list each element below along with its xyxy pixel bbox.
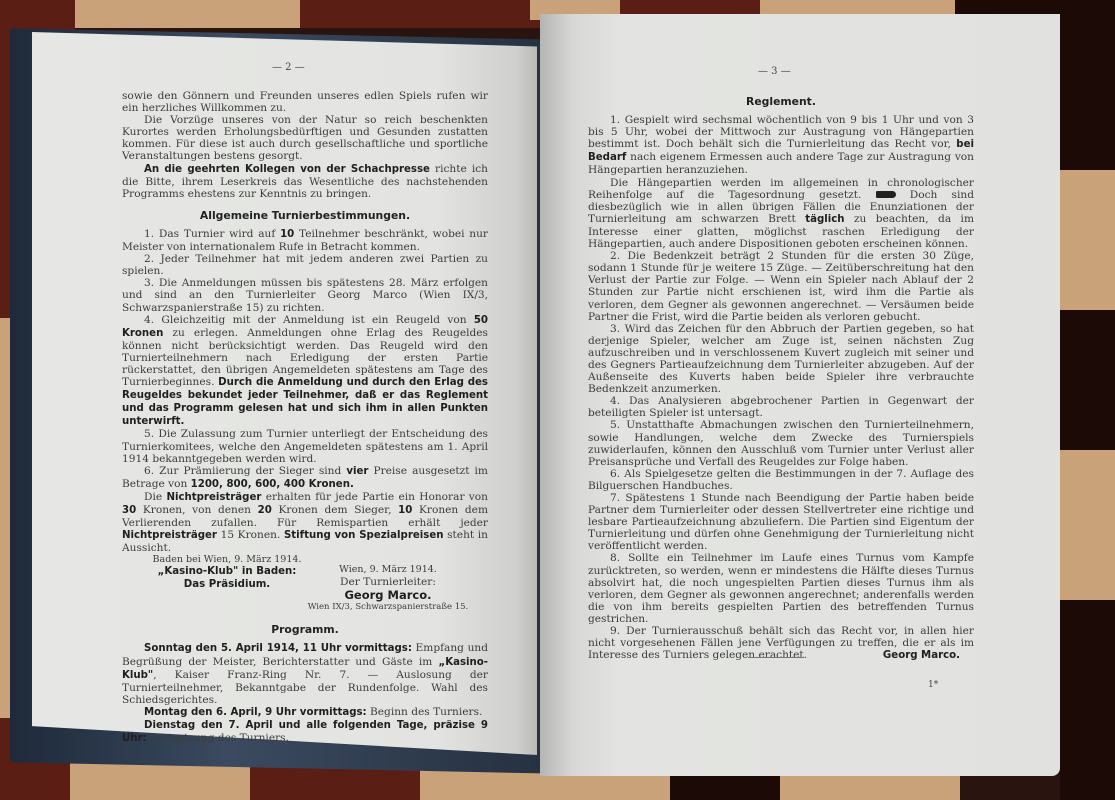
- right-page-text: Reglement. 1. Gespielt wird sechsmal wöc…: [588, 96, 974, 662]
- reglement-rule-6: 6. Als Spielgesetze gelten die Bestimmun…: [588, 468, 974, 492]
- non-prize-paragraph: Die Nichtpreisträger erhalten für jede P…: [122, 491, 488, 554]
- reglement-rule-1: 1. Gespielt wird sechsmal wöchentlich vo…: [588, 114, 974, 176]
- rule-3: 3. Die Anmeldungen müssen bis spätestens…: [122, 277, 488, 313]
- signature-mark: 1*: [928, 680, 938, 690]
- intro-paragraph: sowie den Gönnern und Freunden unseres e…: [122, 90, 488, 114]
- program-day-1: Sonntag den 5. April 1914, 11 Uhr vormit…: [122, 642, 488, 705]
- signature-director: Wien, 9. März 1914. Der Turnierleiter: G…: [288, 564, 488, 612]
- reglement-rule-3: 3. Wird das Zeichen für den Abbruch der …: [588, 323, 974, 396]
- program-day-2: Montag den 6. April, 9 Uhr vormittags: B…: [122, 706, 488, 719]
- hanging-games-paragraph: Die Hängepartien werden im allgemeinen i…: [588, 177, 974, 251]
- rule-5: 5. Die Zulassung zum Turnier unterliegt …: [122, 428, 488, 464]
- reglement-rule-2: 2. Die Bedenkzeit beträgt 2 Stunden für …: [588, 250, 974, 323]
- reglement-rule-7: 7. Spätestens 1 Stunde nach Beendigung d…: [588, 492, 974, 552]
- program-day-3: Dienstag den 7. April und alle folgenden…: [122, 719, 488, 745]
- rule-4: 4. Gleichzeitig mit der Anmeldung ist ei…: [122, 314, 488, 429]
- section-heading-general-rules: Allgemeine Turnierbestimmungen.: [122, 210, 488, 222]
- reglement-rule-8: 8. Sollte ein Teilnehmer im Laufe eines …: [588, 552, 974, 625]
- section-heading-reglement: Reglement.: [588, 96, 974, 108]
- intro-paragraph: Die Vorzüge unseres von der Natur so rei…: [122, 114, 488, 162]
- left-page-number: — 2 —: [272, 62, 305, 73]
- reglement-rule-4: 4. Das Analysieren abgebrochener Partien…: [588, 395, 974, 419]
- signatures: Baden bei Wien, 9. März 1914. „Kasino-Kl…: [122, 554, 488, 618]
- rule-6: 6. Zur Prämiierung der Sieger sind vier …: [122, 465, 488, 491]
- section-heading-program: Programm.: [122, 624, 488, 636]
- right-page-number: — 3 —: [758, 66, 791, 77]
- reglement-rule-5: 5. Unstatthafte Abmachungen zwischen den…: [588, 419, 974, 467]
- divider-line: [748, 657, 804, 658]
- pointing-hand-icon: [876, 191, 896, 198]
- rule-2: 2. Jeder Teilnehmer hat mit jedem andere…: [122, 253, 488, 277]
- rule-1: 1. Das Turnier wird auf 10 Teilnehmer be…: [122, 228, 488, 253]
- left-page-text: sowie den Gönnern und Freunden unseres e…: [122, 90, 488, 745]
- press-paragraph: An die geehrten Kollegen von der Schachp…: [122, 163, 488, 200]
